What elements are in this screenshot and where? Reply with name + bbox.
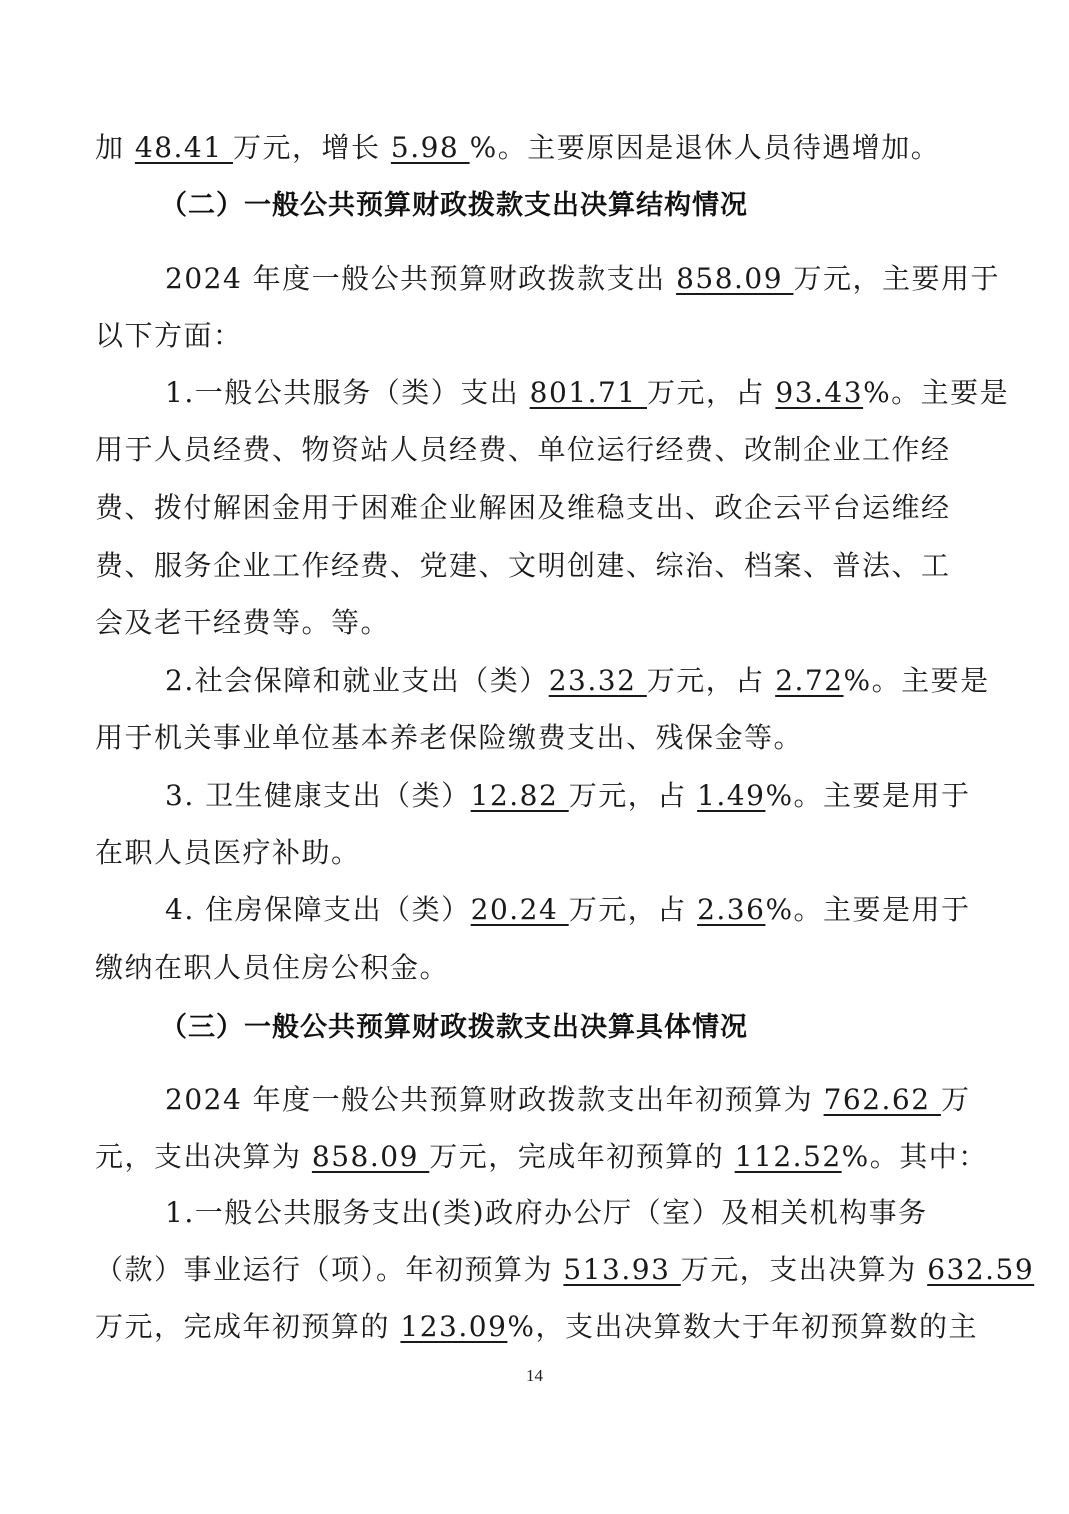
document-page: 加 48.41 万元，增长 5.98 %。主要原因是退休人员待遇增加。 （二）一… <box>0 0 1069 1514</box>
text: 万元，占 <box>569 893 697 926</box>
paragraph-line: 以下方面： <box>95 316 929 356</box>
text: 2024 年度一般公共预算财政拨款支出年初预算为 <box>165 1083 824 1116</box>
detail-line: （款）事业运行（项）。年初预算为 513.93 万元，支出决算为 632.59 <box>95 1250 929 1290</box>
paragraph-line: 2024 年度一般公共预算财政拨款支出 858.09 万元，主要用于 <box>165 259 929 299</box>
text: %。主要是 <box>844 664 990 697</box>
page-number: 14 <box>0 1366 1069 1386</box>
text: %。主要是用于 <box>765 779 970 812</box>
increase-amount: 48.41 <box>135 131 233 164</box>
text: %。主要是用于 <box>765 893 970 926</box>
list-item-line: 费、服务企业工作经费、党建、文明创建、综治、档案、普法、工 <box>95 546 929 586</box>
text: %。主要是 <box>863 376 1009 409</box>
initial-budget: 762.62 <box>824 1083 941 1116</box>
text: 万元，占 <box>569 779 697 812</box>
list-item-line: 用于人员经费、物资站人员经费、单位运行经费、改制企业工作经 <box>95 430 929 470</box>
text: （款）事业运行（项）。年初预算为 <box>95 1253 563 1286</box>
list-item-line: 缴纳在职人员住房公积金。 <box>95 948 929 988</box>
completion-rate: 123.09 <box>400 1310 507 1343</box>
text: %。其中： <box>842 1140 988 1173</box>
detail-line: 1.一般公共服务支出(类)政府办公厅（室）及相关机构事务 <box>165 1193 929 1233</box>
text: 万元，主要用于 <box>793 262 1000 295</box>
text: 万元，完成年初预算的 <box>429 1140 734 1173</box>
percent: 2.36 <box>697 893 765 926</box>
list-item-line: 4. 住房保障支出（类）20.24 万元，占 2.36%。主要是用于 <box>165 890 929 930</box>
paragraph-line: 加 48.41 万元，增长 5.98 %。主要原因是退休人员待遇增加。 <box>95 128 929 168</box>
growth-rate: 5.98 <box>391 131 470 164</box>
amount: 23.32 <box>549 664 647 697</box>
list-item-line: 会及老干经费等。等。 <box>95 603 929 643</box>
percent: 2.72 <box>775 664 843 697</box>
text: 加 <box>95 131 135 164</box>
list-item-line: 2.社会保障和就业支出（类）23.32 万元，占 2.72%。主要是 <box>165 661 929 701</box>
total-expenditure: 858.09 <box>676 262 793 295</box>
text: 3. 卫生健康支出（类） <box>165 779 471 812</box>
text: 万元，支出决算为 <box>681 1253 927 1286</box>
text: 2.社会保障和就业支出（类） <box>165 664 549 697</box>
text: 万 <box>941 1083 971 1116</box>
section-heading-2: （二）一般公共预算财政拨款支出决算结构情况 <box>160 186 748 226</box>
paragraph-line: 2024 年度一般公共预算财政拨款支出年初预算为 762.62 万 <box>165 1080 929 1120</box>
text: 万元，增长 <box>233 131 391 164</box>
amount: 801.71 <box>530 376 647 409</box>
paragraph-line: 元，支出决算为 858.09 万元，完成年初预算的 112.52%。其中： <box>95 1137 929 1177</box>
percent: 1.49 <box>697 779 765 812</box>
final-expenditure: 858.09 <box>312 1140 429 1173</box>
text: %，支出决算数大于年初预算数的主 <box>507 1310 978 1343</box>
text: %。主要原因是退休人员待遇增加。 <box>470 131 941 164</box>
amount: 20.24 <box>471 893 569 926</box>
text: 万元，占 <box>647 376 775 409</box>
list-item-line: 1.一般公共服务（类）支出 801.71 万元，占 93.43%。主要是 <box>165 373 929 413</box>
detail-line: 万元，完成年初预算的 123.09%，支出决算数大于年初预算数的主 <box>95 1307 929 1347</box>
list-item-line: 费、拨付解困金用于困难企业解困及维稳支出、政企云平台运维经 <box>95 488 929 528</box>
text: 万元，完成年初预算的 <box>95 1310 400 1343</box>
section-heading-3: （三）一般公共预算财政拨款支出决算具体情况 <box>160 1008 748 1048</box>
text: 1.一般公共服务（类）支出 <box>165 376 530 409</box>
amount: 12.82 <box>471 779 569 812</box>
list-item-line: 在职人员医疗补助。 <box>95 833 929 873</box>
text: 2024 年度一般公共预算财政拨款支出 <box>165 262 676 295</box>
completion-rate: 112.52 <box>735 1140 842 1173</box>
percent: 93.43 <box>775 376 863 409</box>
final-expenditure: 632.59 <box>927 1253 1034 1286</box>
text: 4. 住房保障支出（类） <box>165 893 471 926</box>
initial-budget: 513.93 <box>563 1253 680 1286</box>
text: 万元，占 <box>647 664 775 697</box>
text: 元，支出决算为 <box>95 1140 312 1173</box>
list-item-line: 用于机关事业单位基本养老保险缴费支出、残保金等。 <box>95 718 929 758</box>
list-item-line: 3. 卫生健康支出（类）12.82 万元，占 1.49%。主要是用于 <box>165 776 929 816</box>
